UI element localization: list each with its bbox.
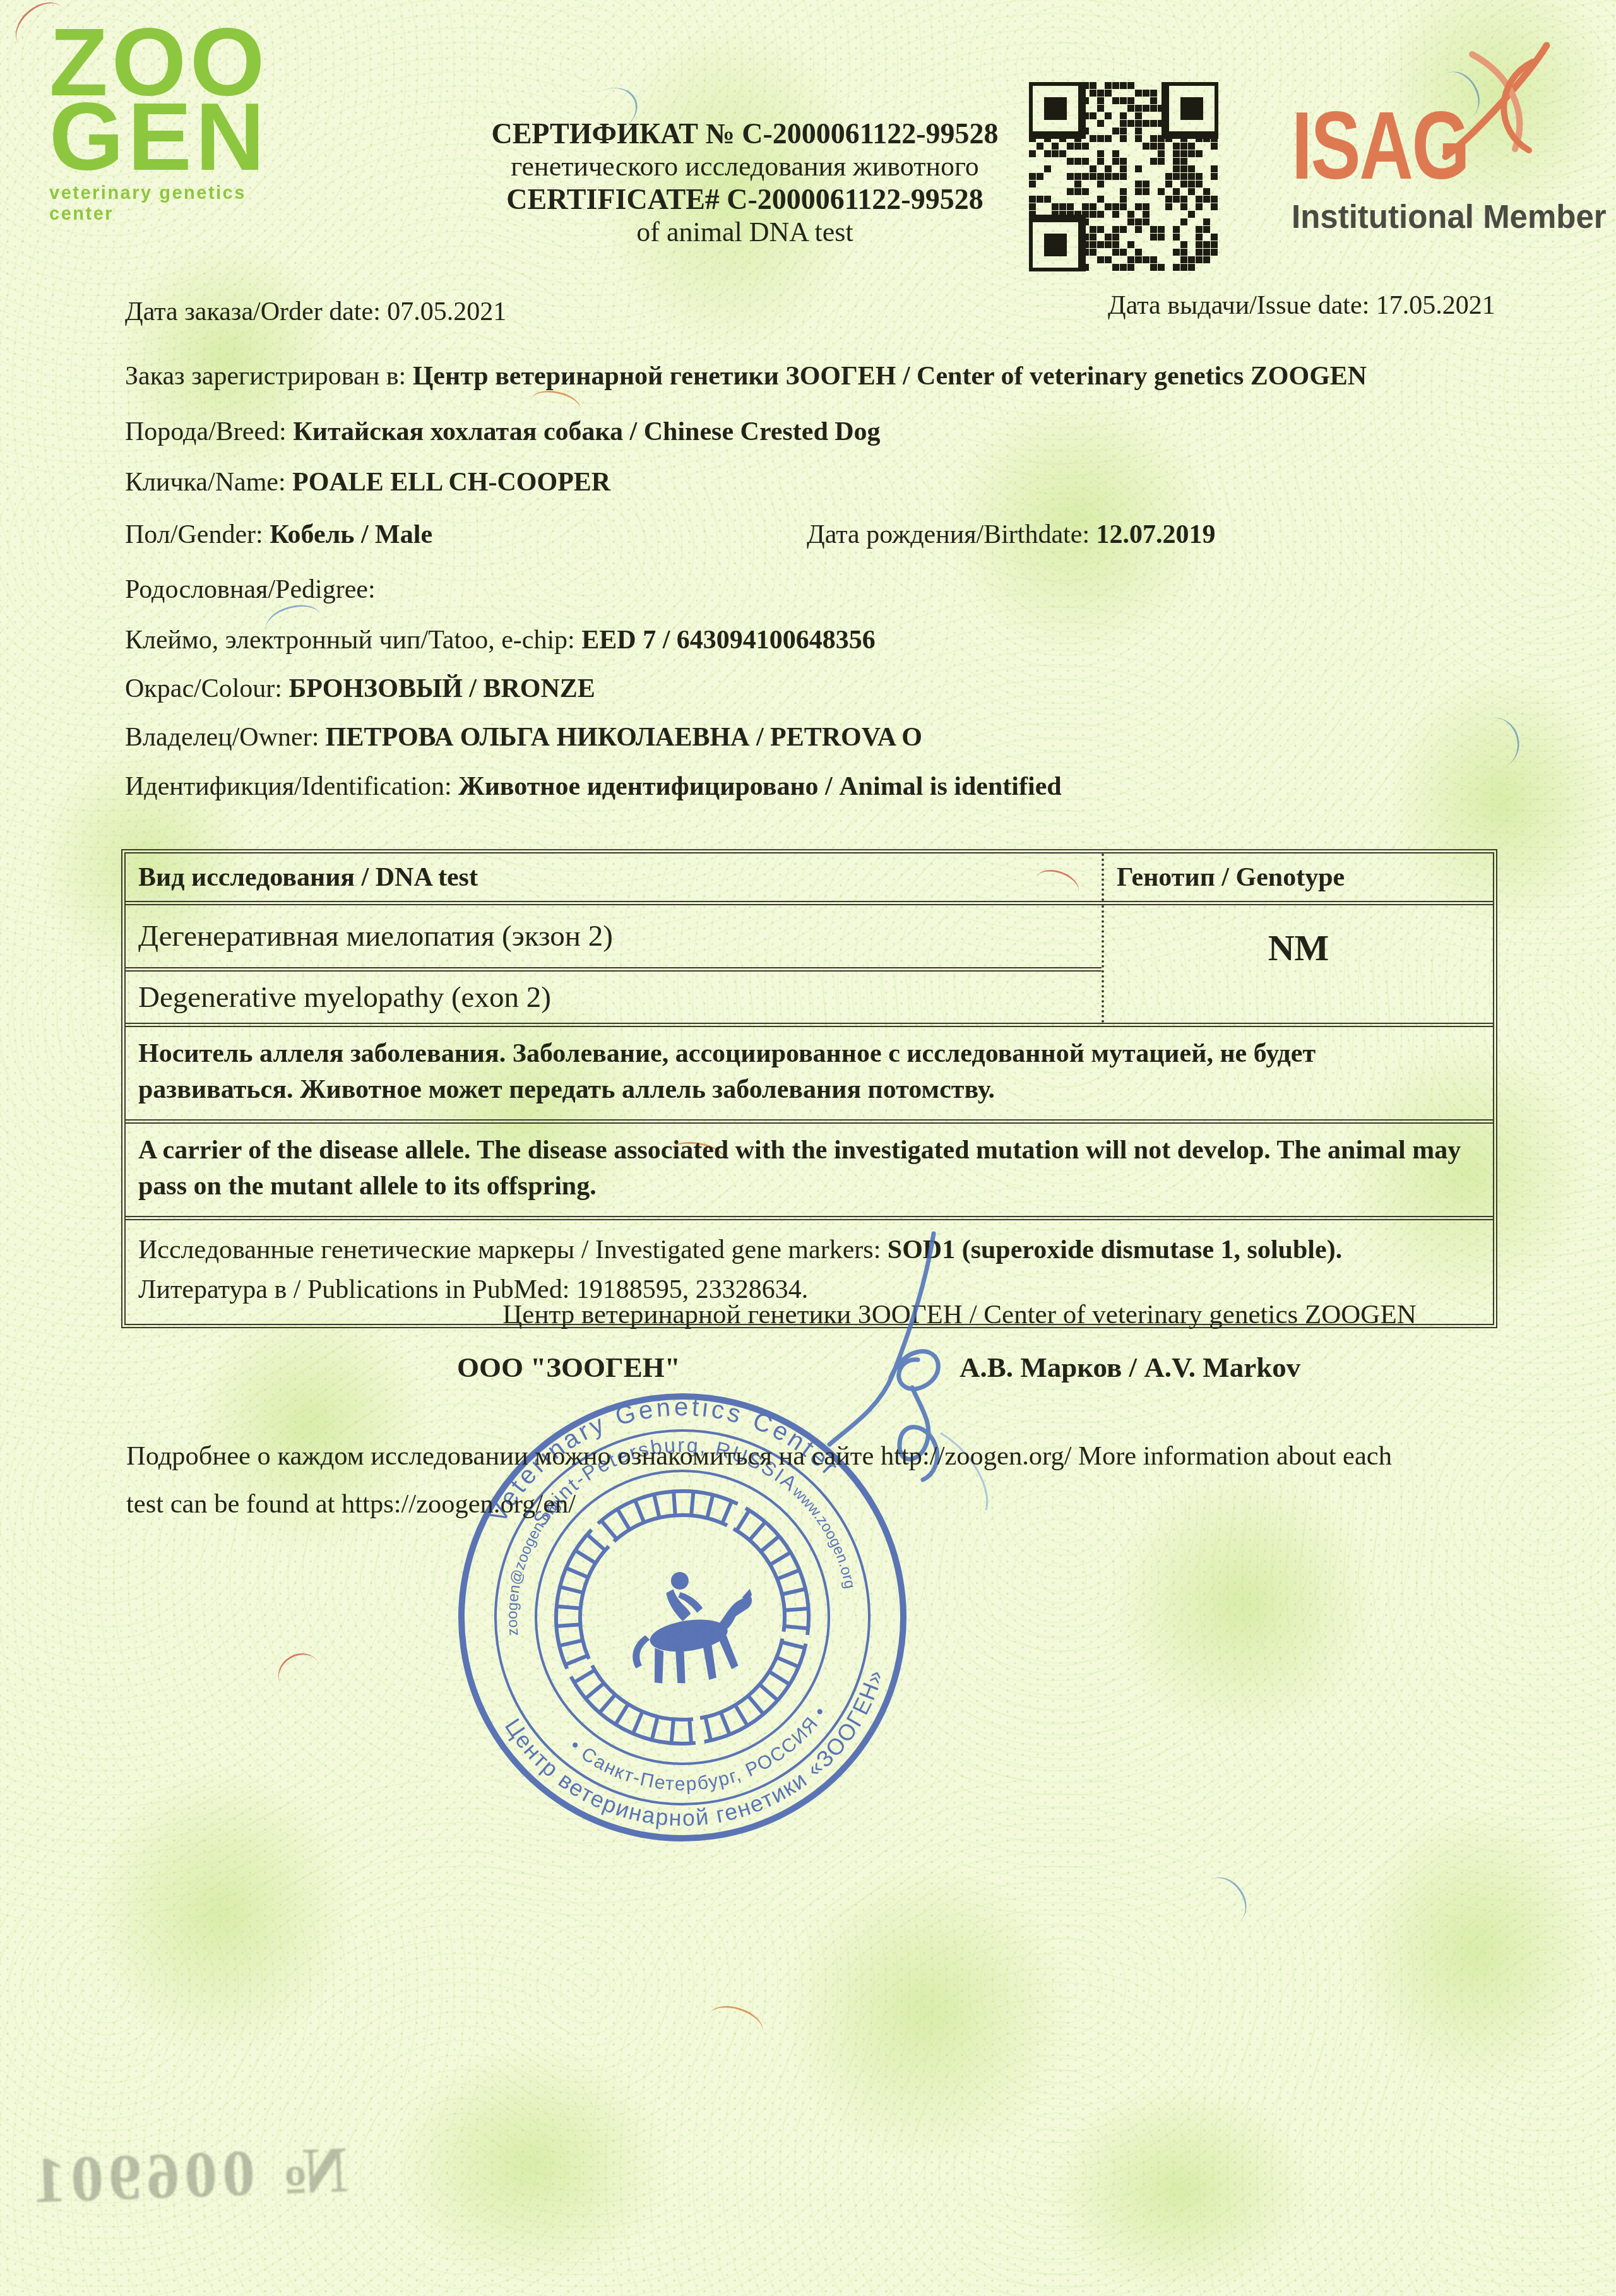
field-registered-value: Центр ветеринарной генетики ЗООГЕН / Cen… xyxy=(413,362,1367,391)
field-chip: Клеймо, электронный чип/Tatoo, e-chip: E… xyxy=(125,625,876,655)
watermark-blob xyxy=(783,1862,1073,2165)
field-chip-label: Клеймо, электронный чип/Tatoo, e-chip: xyxy=(125,626,575,655)
zoogen-logo-line2: GEN xyxy=(49,100,289,174)
security-fiber xyxy=(1194,1869,1255,1934)
field-breed: Порода/Breed: Китайская хохлатая собака … xyxy=(125,417,881,447)
field-birthdate-value: 12.07.2019 xyxy=(1096,520,1216,549)
field-breed-label: Порода/Breed: xyxy=(125,417,287,446)
field-owner: Владелец/Owner: ПЕТРОВА ОЛЬГА НИКОЛАЕВНА… xyxy=(125,722,922,752)
field-gender: Пол/Gender: Кобель / Male xyxy=(125,520,432,550)
zoogen-logo: ZOO GEN veterinary genetics center xyxy=(49,25,289,225)
field-issue-date: Дата выдачи/Issue date: 17.05.2021 xyxy=(1108,290,1495,321)
table-header-genotype: Генотип / Genotype xyxy=(1102,854,1493,901)
table-test-rows: Дегенеративная миелопатия (экзон 2) Dege… xyxy=(126,901,1493,1023)
watermark-blob xyxy=(88,1768,353,2058)
genotype-value: NM xyxy=(1102,905,1493,1023)
field-chip-value: EED 7 / 643094100648356 xyxy=(581,626,876,655)
field-owner-value: ПЕТРОВА ОЛЬГА НИКОЛАЕВНА / PETROVA O xyxy=(326,723,922,752)
field-name-label: Кличка/Name: xyxy=(125,468,286,497)
stamp-horse-rider xyxy=(622,1562,763,1690)
certificate-page: ZOO GEN veterinary genetics center СЕРТИ… xyxy=(0,0,1616,2296)
footer-line-1: Подробнее о каждом исследовании можно оз… xyxy=(126,1441,1392,1472)
director-name: А.В. Марков / A.V. Markov xyxy=(959,1351,1300,1384)
watermark-blob xyxy=(1048,2083,1313,2296)
result-text-en: A carrier of the disease allele. The dis… xyxy=(126,1119,1493,1216)
field-pedigree: Родословная/Pedigree: xyxy=(125,574,376,605)
field-registered-label: Заказ зарегистрирован в: xyxy=(125,362,406,391)
security-fiber xyxy=(271,1646,329,1703)
field-pedigree-label: Родословная/Pedigree: xyxy=(125,575,376,604)
table-header-test: Вид исследования / DNA test xyxy=(126,854,1102,901)
certificate-title: СЕРТИФИКАТ № С-2000061122-99528 генетиче… xyxy=(391,117,1098,249)
field-breed-value: Китайская хохлатая собака / Chinese Cres… xyxy=(293,417,880,446)
watermark-blob xyxy=(1351,1805,1603,2096)
field-gender-label: Пол/Gender: xyxy=(125,520,263,549)
isag-subtitle: Institutional Member xyxy=(1292,198,1607,235)
field-registered: Заказ зарегистрирован в: Центр ветеринар… xyxy=(125,361,1367,391)
table-header-row: Вид исследования / DNA test Генотип / Ge… xyxy=(126,854,1493,901)
serial-number-watermark: № 006901 xyxy=(27,2132,348,2218)
field-colour-label: Окрас/Colour: xyxy=(125,674,282,703)
field-identification-label: Идентификция/Identification: xyxy=(125,772,452,801)
title-ru-number: СЕРТИФИКАТ № С-2000061122-99528 xyxy=(391,117,1098,150)
security-fiber xyxy=(703,1999,768,2049)
qr-code xyxy=(1029,82,1218,271)
markers-label: Исследованные генетические маркеры / Inv… xyxy=(138,1235,881,1264)
field-order-date: Дата заказа/Order date: 07.05.2021 xyxy=(125,297,506,327)
title-en-number: CERTIFICATE# C-2000061122-99528 xyxy=(391,183,1098,216)
field-owner-label: Владелец/Owner: xyxy=(125,723,319,752)
test-name-ru: Дегенеративная миелопатия (экзон 2) xyxy=(126,905,1102,967)
field-colour: Окрас/Colour: БРОНЗОВЫЙ / BRONZE xyxy=(125,674,595,704)
title-ru-subtitle: генетического исследования животного xyxy=(391,150,1098,183)
field-birthdate: Дата рождения/Birthdate: 12.07.2019 xyxy=(807,520,1216,550)
field-order-date-value: 07.05.2021 xyxy=(387,297,506,326)
test-name-column: Дегенеративная миелопатия (экзон 2) Dege… xyxy=(126,905,1102,1023)
watermark-blob xyxy=(391,2045,669,2285)
field-birthdate-label: Дата рождения/Birthdate: xyxy=(807,520,1090,549)
footer-line-2: test can be found at https://zoogen.org/… xyxy=(126,1489,576,1520)
company-name: ООО "ЗООГЕН" xyxy=(457,1351,680,1384)
security-fiber xyxy=(1467,712,1524,773)
field-issue-date-label: Дата выдачи/Issue date: xyxy=(1108,291,1369,320)
field-order-date-label: Дата заказа/Order date: xyxy=(125,297,381,326)
test-name-en: Degenerative myelopathy (exon 2) xyxy=(126,967,1102,1023)
watermark-blob xyxy=(1111,1465,1376,1742)
field-colour-value: БРОНЗОВЫЙ / BRONZE xyxy=(289,674,595,703)
field-gender-value: Кобель / Male xyxy=(270,520,432,549)
result-text-ru: Носитель аллеля заболевания. Заболевание… xyxy=(126,1023,1493,1119)
field-identification-value: Животное идентифицировано / Animal is id… xyxy=(458,772,1062,801)
field-name: Кличка/Name: POALE ELL CH-COOPER xyxy=(125,467,610,497)
field-name-value: POALE ELL CH-COOPER xyxy=(292,468,610,497)
field-issue-date-value: 17.05.2021 xyxy=(1376,291,1495,320)
isag-dna-helix-icon xyxy=(1434,37,1567,169)
field-identification: Идентификция/Identification: Животное ид… xyxy=(125,771,1062,802)
title-en-subtitle: of animal DNA test xyxy=(391,216,1098,249)
